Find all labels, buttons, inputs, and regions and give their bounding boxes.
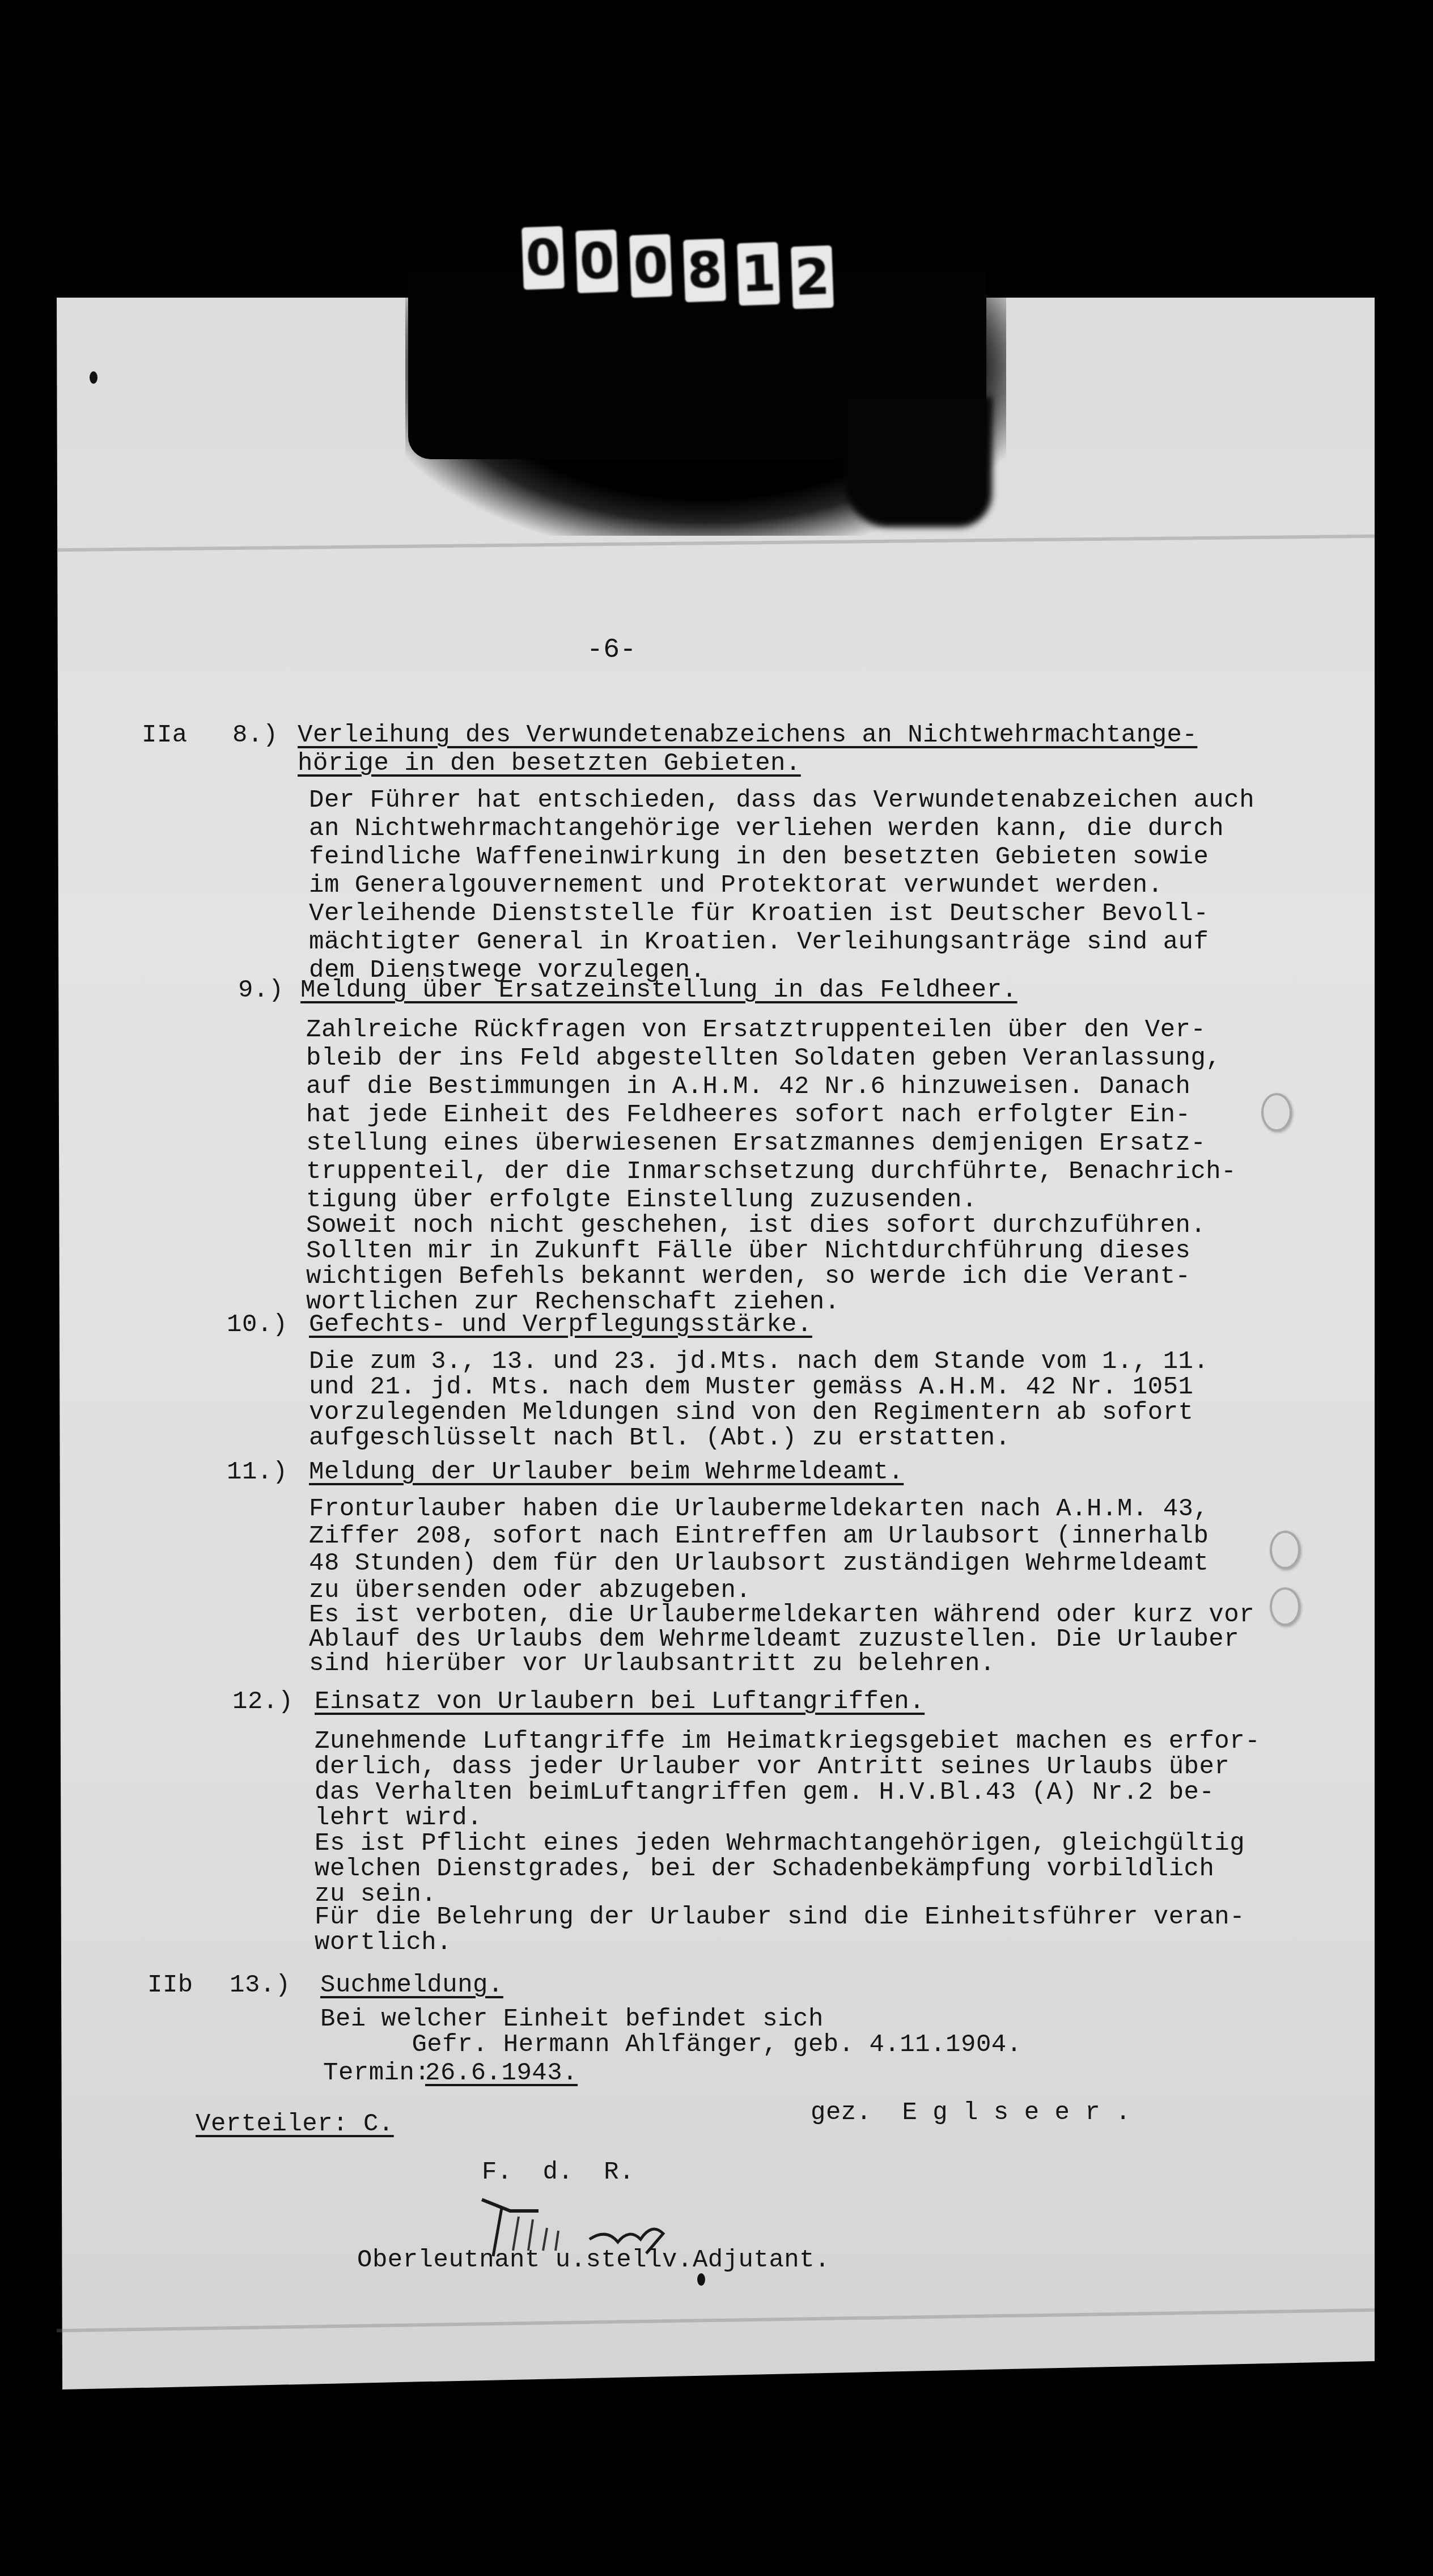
body-line: Fronturlauber haben die Urlaubermeldekar… [309, 1494, 1209, 1524]
item-number: 11.) [227, 1457, 288, 1488]
body-line: aufgeschlüsselt nach Btl. (Abt.) zu erst… [309, 1423, 1011, 1454]
item-title: Einsatz von Urlaubern bei Luftangriffen. [315, 1687, 925, 1717]
item-title: Gefechts- und Verpflegungsstärke. [309, 1310, 812, 1340]
body-line: Ziffer 208, sofort nach Eintreffen am Ur… [309, 1521, 1209, 1552]
body-line: sind hierüber vor Urlaubsantritt zu bele… [309, 1649, 995, 1679]
item-number: 9.) [238, 975, 284, 1006]
body-line: wortlich. [315, 1927, 452, 1958]
deadline-value: 26.6.1943. [425, 2058, 578, 2088]
item-title: hörige in den besetzten Gebieten. [298, 748, 801, 779]
item-title: Meldung über Ersatzeinstellung in das Fe… [300, 975, 1017, 1006]
signed-by: gez. E g l s e e r . [811, 2098, 1131, 2128]
body-line: im Generalgouvernement und Protektorat v… [309, 870, 1163, 901]
section-code: IIb [147, 1970, 193, 2001]
body-line: Gefr. Hermann Ahlfänger, geb. 4.11.1904. [320, 2030, 1022, 2060]
body-line: an Nichtwehrmachtangehörige verliehen we… [309, 814, 1224, 844]
deadline-label: Termin: [323, 2058, 430, 2088]
body-line: stellung eines überwiesenen Ersatzmannes… [306, 1128, 1206, 1159]
fdr-note: F. d. R. [482, 2157, 634, 2188]
item-number: 12.) [232, 1687, 294, 1717]
item-number: 10.) [227, 1310, 288, 1340]
body-line: 48 Stunden) dem für den Urlaubsort zustä… [309, 1548, 1209, 1579]
body-line: Für die Belehrung der Urlauber sind die … [315, 1902, 1245, 1933]
item-number: 13.) [230, 1970, 291, 2001]
item-number: 8.) [232, 720, 278, 751]
distribution: Verteiler: C. [196, 2109, 394, 2139]
body-line: truppenteil, der die Inmarschsetzung dur… [306, 1156, 1236, 1187]
item-title: Verleihung des Verwundetenabzeichens an … [298, 720, 1197, 751]
section-code: IIa [142, 720, 188, 751]
body-line: feindliche Waffeneinwirkung in den beset… [309, 842, 1209, 872]
document-body: -6- IIa 8.) Verleihung des Verwundetenab… [0, 0, 1433, 2576]
body-line: Der Führer hat entschieden, dass das Ver… [309, 785, 1254, 816]
body-line: mächtigter General in Kroatien. Verleihu… [309, 927, 1209, 957]
body-line: hat jede Einheit des Feldheeres sofort n… [306, 1100, 1190, 1130]
body-line: auf die Bestimmungen in A.H.M. 42 Nr.6 h… [306, 1071, 1190, 1102]
item-title: Meldung der Urlauber beim Wehrmeldeamt. [309, 1457, 904, 1488]
item-title: Suchmeldung. [320, 1970, 503, 2001]
body-line: bleib der ins Feld abgestellten Soldaten… [306, 1043, 1221, 1074]
body-line: Zahlreiche Rückfragen von Ersatztruppent… [306, 1015, 1206, 1045]
body-line: welchen Dienstgrades, bei der Schadenbek… [315, 1854, 1214, 1884]
body-line: Verleihende Dienststelle für Kroatien is… [309, 899, 1209, 929]
page-number: -6- [587, 635, 637, 666]
handwritten-signature [476, 2194, 692, 2262]
